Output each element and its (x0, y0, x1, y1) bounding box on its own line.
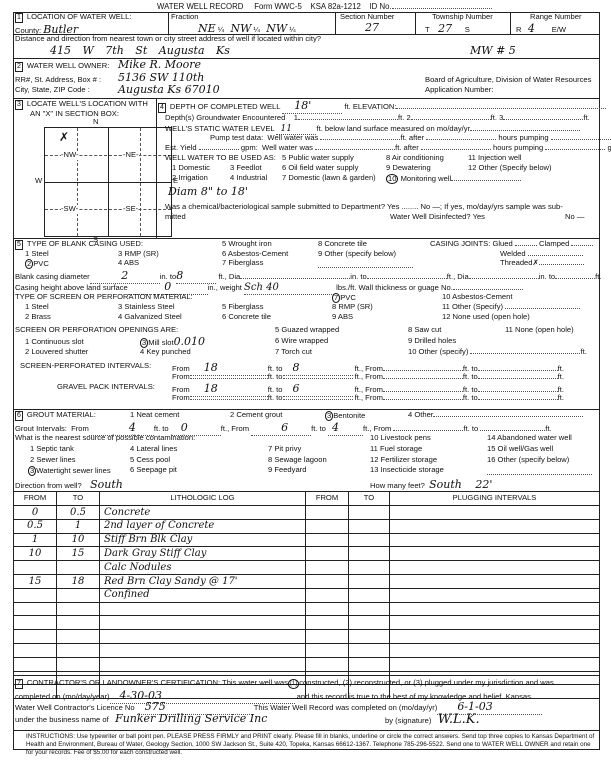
form-title: WATER WELL RECORD (157, 2, 243, 11)
signature-label: by (signature) (385, 716, 431, 725)
city-field[interactable]: Augusta Ks 67010 (118, 84, 220, 97)
casing-fiberglass[interactable]: 7 Fiberglass (222, 259, 263, 268)
plug-from[interactable] (306, 574, 349, 588)
screen-material-label: TYPE OF SCREEN OR PERFORATION MATERIAL: (15, 293, 193, 302)
pump-gpm-field[interactable] (551, 139, 611, 140)
west-label: W (35, 177, 42, 186)
col-plug-from: FROM (306, 492, 349, 506)
plug-interval[interactable] (390, 602, 600, 616)
elevation-field[interactable] (396, 108, 606, 109)
disinfected-label: Water Well Disinfected? Yes (390, 213, 485, 222)
sw-quadrant: -SW- (61, 205, 78, 214)
use-domestic[interactable]: 1 Domestic (172, 164, 210, 173)
form-header: WATER WELL RECORD Form WWC-5 KSA 82a-121… (157, 3, 492, 12)
screen-galvanized[interactable]: 4 Galvanized Steel (118, 313, 182, 322)
table-row: Calc Nodules (14, 561, 600, 575)
plug-to[interactable] (349, 588, 390, 602)
range-label: Range Number (530, 13, 582, 22)
opening-louvered[interactable]: 2 Louvered shutter (25, 348, 88, 357)
wall-thickness-field[interactable] (453, 289, 523, 290)
north-label: N (93, 118, 98, 127)
yield-field[interactable] (199, 149, 239, 150)
distance-field[interactable]: 415 W 7th St Augusta Ks (50, 45, 230, 58)
gravel-intervals-label: GRAVEL PACK INTERVALS: (57, 383, 155, 392)
plug-interval[interactable] (390, 506, 600, 520)
openings-label: SCREEN OR PERFORATION OPENINGS ARE: (15, 326, 178, 335)
source-feedyard[interactable]: 9 Feedyard (268, 466, 306, 475)
log-description[interactable] (100, 630, 306, 644)
log-from[interactable] (14, 616, 57, 630)
direction-field[interactable]: South (90, 478, 123, 491)
grout-cement-grout[interactable]: 2 Cement grout (230, 411, 282, 420)
feet-label: How many feet? (370, 481, 425, 490)
log-description[interactable]: Red Brn Clay Sandy @ 17' (100, 574, 306, 588)
col-plugging-intervals: PLUGGING INTERVALS (390, 492, 600, 506)
plug-to[interactable] (349, 616, 390, 630)
depth-label: DEPTH OF COMPLETED WELL (170, 102, 280, 111)
section-box[interactable]: -NW- -NE- -SW- -SE- ✗ (44, 127, 172, 237)
id-label: ID No. (369, 2, 391, 11)
plug-to[interactable] (349, 506, 390, 520)
plug-from[interactable] (306, 561, 349, 575)
opening-drilled[interactable]: 9 Drilled holes (408, 337, 456, 346)
table-row: 1518Red Brn Clay Sandy @ 17' (14, 574, 600, 588)
source-abandoned-well[interactable]: 14 Abandoned water well (487, 434, 572, 443)
log-to[interactable] (57, 643, 100, 657)
plug-from[interactable] (306, 533, 349, 547)
casing-abs[interactable]: 4 ABS (118, 259, 139, 268)
static-level-label: WELL'S STATIC WATER LEVEL (165, 124, 274, 133)
board-label: Board of Agriculture, Division of Water … (425, 76, 591, 85)
section-number: 4 (158, 103, 166, 113)
plug-to[interactable] (349, 519, 390, 533)
table-row: 00.5Concrete (14, 506, 600, 520)
business-field[interactable]: Funker Drilling Service Inc (115, 712, 267, 725)
address-label: RR#, St. Address, Box # : (15, 76, 101, 85)
section-number: 2 (15, 62, 23, 72)
log-from[interactable] (14, 657, 57, 671)
joint-clamped[interactable] (571, 245, 593, 246)
groundwater-label: Depth(s) Groundwater Encountered (165, 113, 285, 122)
application-label: Application Number: (425, 86, 493, 95)
joint-threaded-mark[interactable]: ✗ (533, 258, 539, 267)
log-description[interactable]: Dark Gray Stiff Clay (100, 547, 306, 561)
table-row (14, 630, 600, 644)
opening-torch[interactable]: 7 Torch cut (275, 348, 312, 357)
source-fuel[interactable]: 11 Fuel storage (370, 445, 422, 454)
nw-quadrant: -NW- (61, 151, 79, 160)
section-number: 7 (15, 679, 23, 689)
log-description[interactable] (100, 643, 306, 657)
plug-from[interactable] (306, 547, 349, 561)
log-to[interactable] (57, 630, 100, 644)
screen-none[interactable]: 12 None used (open hole) (442, 313, 530, 322)
source-other-field[interactable] (487, 474, 592, 475)
plug-interval[interactable] (390, 616, 600, 630)
use-other[interactable]: 12 Other (Specify below) (468, 164, 552, 173)
screen-interval-row-2[interactable]: Fromft. to ft., Fromft. toft. (172, 373, 564, 382)
col-lithologic-log: LITHOLOGIC LOG (100, 492, 306, 506)
joints-label: CASING JOINTS: Glued (430, 239, 513, 248)
log-from[interactable] (14, 561, 57, 575)
plug-from[interactable] (306, 643, 349, 657)
log-from[interactable] (14, 602, 57, 616)
screen-abs[interactable]: 9 ABS (332, 313, 353, 322)
plug-from[interactable] (306, 630, 349, 644)
casing-concrete[interactable]: 8 Concrete tile (318, 240, 367, 249)
log-to[interactable] (57, 616, 100, 630)
use-note-field[interactable]: Diam 8" to 18' (168, 186, 248, 199)
certification-label: CONTRACTOR'S OR LANDOWNER'S CERTIFICATIO… (27, 678, 288, 687)
log-to[interactable] (57, 561, 100, 575)
log-description[interactable]: Concrete (100, 506, 306, 520)
use-monitoring[interactable]: 10 Monitoring well (386, 174, 521, 184)
plug-to[interactable] (349, 574, 390, 588)
contamination-label: What is the nearest source of possible c… (15, 434, 195, 443)
casing-pvc[interactable]: 2PVC (25, 259, 49, 269)
sample-no-mark[interactable]: — (432, 202, 440, 211)
license-label: Water Well Contractor's Licence No (15, 703, 135, 712)
use-feedlot[interactable]: 3 Feedlot (230, 164, 262, 173)
log-to[interactable]: 15 (57, 547, 100, 561)
business-label: under the business name of (15, 715, 109, 724)
source-cess[interactable]: 5 Cess pool (130, 456, 170, 465)
opening-continuous[interactable]: 1 Continuous slot (25, 338, 84, 347)
yield-label: Est. Yield (165, 143, 197, 152)
plug-from[interactable] (306, 616, 349, 630)
well-id-field[interactable]: MW # 5 (470, 45, 516, 58)
township-label: Township Number (432, 13, 493, 22)
log-description[interactable]: Stiff Brn Blk Clay (100, 533, 306, 547)
table-row (14, 616, 600, 630)
ne-quadrant: -NE- (123, 151, 139, 160)
plug-from[interactable] (306, 602, 349, 616)
table-row (14, 657, 600, 671)
screen-brass[interactable]: 2 Brass (25, 313, 51, 322)
plug-to[interactable] (349, 561, 390, 575)
selected-circle-icon: 2 (25, 259, 33, 269)
direction-label: Direction from well? (15, 481, 82, 490)
log-to[interactable] (57, 657, 100, 671)
plug-from[interactable] (306, 657, 349, 671)
casing-steel[interactable]: 1 Steel (25, 250, 49, 259)
grout-bentonite[interactable]: 3Bentonite (325, 411, 365, 421)
plug-from[interactable] (306, 506, 349, 520)
log-to[interactable]: 1 (57, 519, 100, 533)
weight-field[interactable]: Sch 40 (244, 282, 279, 293)
instructions: INSTRUCTIONS: Use typewriter or ball poi… (26, 733, 596, 758)
use-label: WELL WATER TO BE USED AS: (165, 154, 276, 163)
section-number: 5 (15, 240, 23, 250)
screen-asbestos[interactable]: 10 Asbestos-Cement (442, 293, 513, 302)
use-public[interactable]: 5 Public water supply (282, 154, 354, 163)
plug-interval[interactable] (390, 519, 600, 533)
table-row (14, 643, 600, 657)
owner-label: WATER WELL OWNER: (27, 61, 109, 70)
use-irrigation[interactable]: 2 Irrigation (172, 174, 208, 183)
pump-test-label: Pump test data: (210, 133, 263, 142)
plug-interval[interactable] (390, 588, 600, 602)
log-description[interactable] (100, 602, 306, 616)
use-oilfield[interactable]: 6 Oil field water supply (282, 164, 358, 173)
feet-field[interactable]: South 22' (429, 478, 492, 491)
log-from[interactable] (14, 643, 57, 657)
casing-other[interactable]: 9 Other (specify below) (318, 250, 396, 259)
plug-interval[interactable] (390, 533, 600, 547)
screen-stainless[interactable]: 3 Stainless Steel (118, 303, 175, 312)
opening-wire[interactable]: 6 Wire wrapped (275, 337, 328, 346)
form-number: Form WWC-5 (254, 2, 302, 11)
section-number: 3 (15, 100, 23, 110)
source-lagoon[interactable]: 8 Sewage lagoon (268, 456, 327, 465)
disinfected-no[interactable]: No (565, 212, 575, 221)
fraction-label: Fraction (171, 13, 198, 22)
log-from[interactable]: 1 (14, 533, 57, 547)
plug-to[interactable] (349, 643, 390, 657)
source-watertight[interactable]: 3Watertight sewer lines (28, 466, 111, 476)
locate-label-2: AN "X" IN SECTION BOX: (30, 110, 119, 119)
screen-fiberglass[interactable]: 5 Fiberglass (222, 303, 263, 312)
casing-type-label: TYPE OF BLANK CASING USED: (27, 239, 143, 248)
source-septic[interactable]: 1 Septic tank (30, 445, 74, 454)
source-livestock[interactable]: 10 Livestock pens (370, 434, 431, 443)
gw3-field[interactable] (503, 119, 583, 120)
gw2-field[interactable] (411, 119, 491, 120)
screen-rmp[interactable]: 8 RMP (SR) (332, 303, 373, 312)
plug-interval[interactable] (390, 630, 600, 644)
selected-circle-icon: (1) (288, 679, 299, 689)
se-quadrant: -SE- (123, 205, 138, 214)
casing-wrought-iron[interactable]: 5 Wrought iron (222, 240, 272, 249)
opening-other[interactable]: 10 Other (specify) (408, 347, 468, 356)
distance-label: Distance and direction from nearest town… (15, 35, 321, 44)
log-to[interactable] (57, 602, 100, 616)
lithologic-log-table: FROM TO LITHOLOGIC LOG FROM TO PLUGGING … (13, 491, 600, 699)
opening-saw[interactable]: 8 Saw cut (408, 326, 441, 335)
casing-height-label: Casing height above land surface (15, 283, 128, 292)
pump-ww-field[interactable] (320, 139, 400, 140)
signature-field[interactable]: W.L.K. (438, 712, 480, 727)
grout-other[interactable]: 4 Other (408, 410, 433, 419)
casing-other-field[interactable] (318, 267, 413, 268)
log-from[interactable] (14, 588, 57, 602)
completed-label: completed on (mo/day/year) (15, 692, 110, 701)
joint-glued[interactable] (515, 245, 537, 246)
use-dewatering[interactable]: 9 Dewatering (386, 164, 431, 173)
col-plug-to: TO (349, 492, 390, 506)
pump-after-field[interactable] (426, 139, 496, 140)
sample-question: Was a chemical/bacteriological sample su… (165, 202, 430, 211)
table-row: 1015Dark Gray Stiff Clay (14, 547, 600, 561)
opening-guazed[interactable]: 5 Guazed wrapped (275, 326, 339, 335)
log-to[interactable] (57, 588, 100, 602)
joint-welded[interactable] (528, 255, 583, 256)
selected-circle-icon: 3 (28, 466, 36, 476)
grout-neat-cement[interactable]: 1 Neat cement (130, 411, 179, 420)
log-from[interactable] (14, 630, 57, 644)
source-fertilizer[interactable]: 12 Fertilizer storage (370, 456, 437, 465)
opening-key-punched[interactable]: 4 Key punched (140, 348, 191, 357)
source-sewer[interactable]: 2 Sewer lines (30, 456, 76, 465)
use-lawn[interactable]: 7 Domestic (lawn & garden) (282, 174, 376, 183)
plug-to[interactable] (349, 630, 390, 644)
city-label: City, State, ZIP Code : (15, 86, 90, 95)
plug-to[interactable] (349, 547, 390, 561)
section-number: 1 (15, 13, 23, 23)
log-from[interactable]: 15 (14, 574, 57, 588)
use-injection[interactable]: 11 Injection well (468, 154, 521, 163)
plug-to[interactable] (349, 602, 390, 616)
record-completed-label: This Water Well Record was completed on … (254, 703, 438, 712)
section-field[interactable]: 27 (365, 22, 379, 35)
log-to[interactable]: 0.5 (57, 506, 100, 520)
source-lateral[interactable]: 4 Lateral lines (130, 445, 177, 454)
plug-interval[interactable] (390, 547, 600, 561)
log-description[interactable] (100, 657, 306, 671)
source-insecticide[interactable]: 13 Insecticide storage (370, 466, 444, 475)
source-other[interactable]: 16 Other (specify below) (487, 456, 569, 465)
log-from[interactable]: 0.5 (14, 519, 57, 533)
gw1-field[interactable] (298, 119, 398, 120)
log-to[interactable]: 10 (57, 533, 100, 547)
log-to[interactable]: 18 (57, 574, 100, 588)
col-to: TO (57, 492, 100, 506)
opening-none[interactable]: 11 None (open hole) (505, 326, 574, 335)
table-row: 0.512nd layer of Concrete (14, 519, 600, 533)
well-location-mark: ✗ (59, 131, 69, 145)
plug-interval[interactable] (390, 561, 600, 575)
depth-field[interactable]: 18' (294, 99, 311, 112)
log-description[interactable]: 2nd layer of Concrete (100, 519, 306, 533)
screen-intervals-label: SCREEN-PERFORATED INTERVALS: (20, 362, 151, 371)
col-from: FROM (14, 492, 57, 506)
locate-label: LOCATE WELL'S LOCATION WITH (27, 99, 148, 108)
id-field[interactable] (392, 8, 492, 9)
selected-circle-icon: 10 (386, 174, 398, 184)
table-row (14, 602, 600, 616)
submitted-label: mitted (165, 213, 186, 222)
selected-circle-icon: 3 (325, 411, 333, 421)
plug-to[interactable] (349, 533, 390, 547)
log-description[interactable]: Calc Nodules (100, 561, 306, 575)
owner-field[interactable]: Mike R. Moore (118, 59, 201, 72)
diameter-label: Blank casing diameter (15, 272, 90, 281)
plug-to[interactable] (349, 657, 390, 671)
plug-interval[interactable] (390, 643, 600, 657)
grout-label: GROUT MATERIAL: (27, 410, 96, 419)
plug-interval[interactable] (390, 657, 600, 671)
screen-other[interactable]: 11 Other (Specify) (442, 302, 503, 311)
elevation-label: ft. ELEVATION: (344, 102, 396, 111)
plug-from[interactable] (306, 519, 349, 533)
plug-interval[interactable] (390, 574, 600, 588)
source-oil-gas[interactable]: 15 Oil well/Gas well (487, 445, 553, 454)
log-from[interactable]: 0 (14, 506, 57, 520)
section-number: 6 (15, 411, 23, 421)
table-row: 110Stiff Brn Blk Clay (14, 533, 600, 547)
use-industrial[interactable]: 4 Industrial (230, 174, 267, 183)
plug-from[interactable] (306, 588, 349, 602)
table-row: Confined (14, 588, 600, 602)
screen-steel[interactable]: 1 Steel (25, 303, 49, 312)
log-description[interactable] (100, 616, 306, 630)
log-description[interactable]: Confined (100, 588, 306, 602)
source-seepage[interactable]: 6 Seepage pit (130, 466, 177, 475)
source-pit-privy[interactable]: 7 Pit privy (268, 445, 301, 454)
gravel-interval-row-2[interactable]: Fromft. to ft., Fromft. toft. (172, 394, 564, 403)
static-date-field[interactable] (470, 130, 580, 131)
location-label: LOCATION OF WATER WELL: (27, 12, 132, 21)
screen-concrete[interactable]: 6 Concrete tile (222, 313, 271, 322)
ksa-ref: KSA 82a-1212 (311, 2, 361, 11)
log-from[interactable]: 10 (14, 547, 57, 561)
